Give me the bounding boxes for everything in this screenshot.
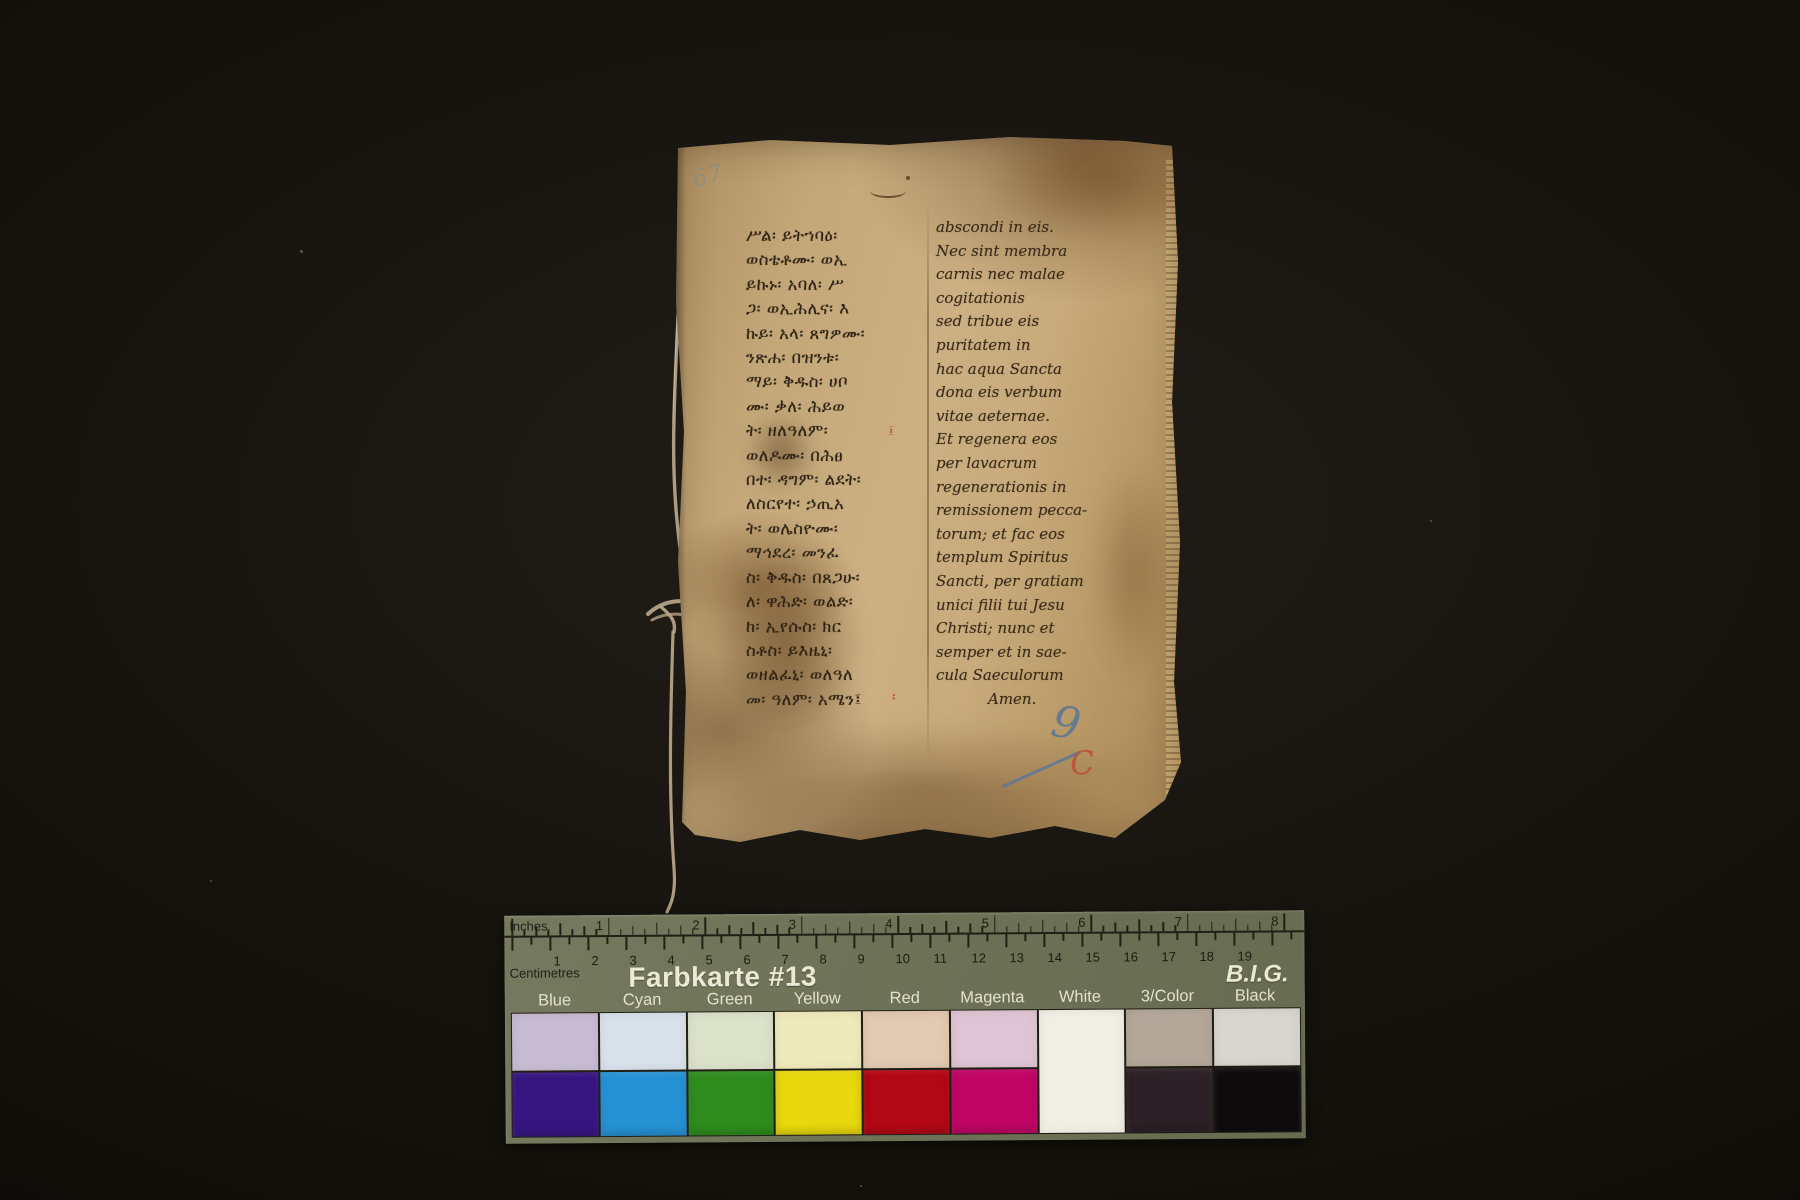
cm-tick [1271,931,1273,945]
swatch-green-solid [688,1071,774,1136]
latin-text-line: Sancti, per gratiam [936,570,1180,594]
parchment-stain [690,722,1160,852]
cm-tick [1005,933,1007,947]
cm-number: 18 [1199,949,1214,964]
cm-tick [1119,932,1121,946]
geez-text-line: ወለዶሙ፡ በሕፀ [746,444,932,468]
inch-tick [1163,922,1165,931]
latin-text-line: remissionem pecca- [936,499,1180,523]
cm-tick [568,936,570,944]
cm-tick [967,934,969,948]
latin-text-line: Et regenera eos [936,428,1180,452]
card-brand: B.I.G. [1226,960,1289,988]
inch-tick [584,926,586,935]
latin-text-line: unici filii tui Jesu [936,594,1180,618]
swatch-white-full [1039,1009,1126,1133]
swatch-blue-solid [512,1072,598,1137]
swatch-magenta-solid [951,1069,1037,1134]
cm-tick [910,934,912,942]
inch-tick [861,927,863,933]
cm-tick [834,934,836,942]
inch-tick [644,929,646,935]
geez-text-line: ወዘልፈኒ፡ ወለዓለ [746,663,932,687]
cm-tick [1252,932,1254,940]
cm-number: 10 [895,951,910,966]
pencil-folio-number: 67 [689,159,725,194]
swatch-cyan-solid [600,1072,686,1137]
geez-text-line: ይኩኑ፡ አባለ፡ ሥ [746,273,932,297]
inch-tick [608,918,610,935]
latin-text-line: Nec sint membra [936,240,1180,264]
red-quire-letter: C [1068,743,1096,783]
cm-number: 15 [1085,950,1100,965]
latin-column: abscondi in eis.Nec sint membracarnis ne… [936,216,1180,711]
inch-tick [1102,926,1104,932]
latin-text-line: hac aqua Sancta [936,358,1180,382]
cm-tick [530,937,532,945]
geez-text-line: ወስቴቶሙ፡ ወኢ [746,248,932,272]
inch-tick [837,927,839,933]
rubric-mark: ፡ [892,688,896,706]
dust-speck [860,1185,862,1187]
latin-text-line: puritatem in [936,334,1180,358]
cm-number: 12 [971,950,986,965]
swatch-yellow-tint [775,1011,861,1069]
inch-tick [1054,926,1056,932]
swatch-black-tint [1214,1008,1300,1066]
swatch-labels-row: BlueCyanGreenYellowRedMagentaWhite3/Colo… [511,986,1299,1011]
swatch-magenta-tint [951,1010,1037,1068]
inch-tick [668,929,670,935]
inch-tick [1235,919,1237,931]
geez-text-line: ት፡ ዘለዓለም፡ [746,419,932,443]
swatch-label-red: Red [861,989,949,1009]
geez-text-line: መ፡ ዓለም፡ አሜን፤ [746,688,932,712]
geez-text-line: ከ፡ ኢየሱስ፡ ክር [746,615,932,639]
inch-number: 8 [1271,913,1278,928]
cm-tick [1043,933,1045,947]
inch-tick [1090,915,1092,932]
latin-text-line: semper et in sae- [936,641,1180,665]
cm-tick [986,933,988,941]
inch-tick [1066,923,1068,932]
spine-shadow [660,132,686,862]
swatch-label-cyan: Cyan [598,991,686,1011]
inch-tick [994,915,996,932]
cm-tick [948,934,950,942]
inch-tick [728,925,730,934]
cm-tick [1214,932,1216,940]
inch-number: 2 [692,917,699,932]
inch-tick [933,927,935,933]
cm-tick [1157,932,1159,946]
dust-speck [210,880,212,882]
swatch-label-black: Black [1211,986,1299,1006]
swatch-3-color-tint [1126,1009,1212,1067]
inch-tick [849,921,851,933]
cm-tick [815,935,817,949]
inch-tick [813,928,815,934]
color-calibration-card: Inches Centimetres 123456781234567891011… [504,910,1306,1144]
cm-number: 1 [553,953,560,968]
inch-tick [547,929,549,935]
cm-tick [1081,933,1083,947]
swatch-green-tint [687,1012,773,1070]
inch-tick [740,928,742,934]
inch-tick [535,927,537,936]
cm-number: 17 [1161,949,1176,964]
cm-number: 9 [857,951,864,966]
photograph-stage: 67 ሥል፡ ይትኀባዕ፡ወስቴቶሙ፡ ወኢይኩኑ፡ አባለ፡ ሥጋ፡ ወኢሕሊ… [0,0,1800,1200]
latin-text-line: Christi; nunc et [936,617,1180,641]
latin-text-line: vitae aeternae. [936,405,1180,429]
latin-text-line: cogitationis [936,287,1180,311]
inch-tick [1247,925,1249,931]
inch-tick [1187,914,1189,931]
geez-text-line: ንጽሐ፡ በዝንቱ፡ [746,346,932,370]
dust-speck [1430,520,1432,522]
inch-number: 5 [982,915,989,930]
swatch-label-yellow: Yellow [773,989,861,1009]
geez-text-line: ስ፡ ቅዱስ፡ በጸጋሁ፡ [746,566,932,590]
inch-number: 3 [789,917,796,932]
cm-number: 16 [1123,949,1138,964]
swatch-label-white: White [1036,987,1124,1007]
cm-number: 14 [1047,950,1062,965]
inch-tick [560,923,562,935]
inch-tick [523,930,525,936]
inch-tick [897,916,899,933]
inch-tick [765,928,767,934]
swatch-label-3-color: 3/Color [1124,987,1212,1007]
cm-tick [1138,932,1140,940]
inch-tick [873,924,875,933]
geez-text-line: ስቶስ፡ ይእዜኒ፡ [746,639,932,663]
geez-text-line: ት፡ ወሌስዮሙ፡ [746,517,932,541]
latin-text-line: regenerationis in [936,476,1180,500]
swatch-red-tint [863,1011,949,1069]
centimetres-label: Centimetres [510,965,580,980]
inch-tick [1139,919,1141,931]
inch-number: 7 [1175,914,1182,929]
cm-tick [701,935,703,949]
inch-tick [1259,922,1261,931]
geez-text-line: ሙ፡ ቃለ፡ ሕይወ [746,395,932,419]
inch-tick [1126,925,1128,931]
cm-tick [796,935,798,943]
inch-tick [632,926,634,935]
cm-tick [1233,932,1235,946]
latin-text-line: sed tribue eis [936,310,1180,334]
cm-tick [1176,932,1178,940]
swatch-label-green: Green [686,990,774,1010]
inch-number: 1 [596,918,603,933]
inch-tick [1151,925,1153,931]
swatch-grid [511,1007,1302,1138]
inch-tick [1114,923,1116,932]
cm-tick [511,937,513,951]
cm-tick [587,936,589,950]
geez-text-line: ለስርየተ፡ ኃጢአ [746,492,932,516]
latin-text-line: abscondi in eis. [936,216,1180,240]
latin-text-line: per lavacrum [936,452,1180,476]
latin-text-line: templum Spiritus [936,546,1180,570]
inch-tick [970,924,972,933]
inch-tick [921,924,923,933]
inch-tick [656,923,658,935]
swatch-blue-tint [512,1013,598,1071]
geez-text-line: ማይ፡ ቅዱስ፡ ሀቦ [746,370,932,394]
latin-text-line: cula Saeculorum [936,664,1180,688]
cm-tick [739,935,741,949]
geez-text-line: ሥል፡ ይትኀባዕ፡ [746,224,932,248]
dust-speck [300,250,303,253]
cm-tick [1195,932,1197,946]
cm-tick [758,935,760,943]
geez-text-line: በተ፡ ዳግም፡ ልደት፡ [746,468,932,492]
cm-number: 2 [591,953,598,968]
inch-number: 6 [1078,915,1085,930]
rubric-mark: ፤ [888,422,894,440]
swatch-3-color-solid [1127,1068,1213,1133]
cm-number: 11 [933,951,947,966]
inch-tick [1018,923,1020,932]
inch-tick [572,929,574,935]
inch-tick [1283,913,1285,930]
inch-tick [704,917,706,934]
ruler-baseline [504,930,1304,937]
swatch-yellow-solid [776,1070,862,1135]
cm-tick [853,934,855,948]
swatch-label-magenta: Magenta [948,988,1036,1008]
swatch-black-solid [1215,1067,1301,1132]
cm-tick [1024,933,1026,941]
inch-tick [1042,920,1044,932]
cm-number: 13 [1009,950,1024,965]
inch-tick [825,925,827,934]
latin-text-line: torum; et fac eos [936,523,1180,547]
cm-tick [929,934,931,948]
geez-text-line: ኩይ፡ አላ፡ ጸግዎሙ፡ [746,322,932,346]
cm-tick [872,934,874,942]
cm-tick [644,936,646,944]
cm-tick [891,934,893,948]
inch-tick [680,926,682,935]
cm-tick [682,936,684,944]
cm-tick [720,935,722,943]
cm-tick [1100,933,1102,941]
cm-tick [625,936,627,950]
inch-tick [1030,926,1032,932]
inch-tick [777,925,779,934]
inch-tick [620,929,622,935]
cm-tick [606,936,608,944]
inch-tick [1006,926,1008,932]
manuscript-page: 67 ሥል፡ ይትኀባዕ፡ወስቴቶሙ፡ ወኢይኩኑ፡ አባለ፡ ሥጋ፡ ወኢሕሊ… [660,132,1200,862]
latin-text-line: carnis nec malae [936,263,1180,287]
swatch-red-solid [863,1070,949,1135]
inch-tick [511,919,513,936]
swatch-cyan-tint [600,1013,686,1071]
geez-text-line: ማኅደረ፡ መንፈ [746,541,932,565]
geez-text-line: ለ፡ ዋሕድ፡ ወልድ፡ [746,590,932,614]
head-ink-mark [870,184,906,198]
inch-tick [753,922,755,934]
inch-tick [1199,925,1201,931]
cm-tick [1290,931,1292,939]
inch-tick [1223,925,1225,931]
inch-tick [909,927,911,933]
geez-column: ሥል፡ ይትኀባዕ፡ወስቴቶሙ፡ ወኢይኩኑ፡ አባለ፡ ሥጋ፡ ወኢሕሊና፡ … [746,224,932,712]
geez-text-line: ጋ፡ ወኢሕሊና፡ እ [746,297,932,321]
inch-tick [946,921,948,933]
inch-tick [716,928,718,934]
inch-tick [958,927,960,933]
inch-number: 4 [885,916,892,931]
inches-label: Inches [509,918,547,933]
latin-text-line: dona eis verbum [936,381,1180,405]
cm-tick [1062,933,1064,941]
inch-tick [1211,922,1213,931]
cm-tick [663,936,665,950]
swatch-label-blue: Blue [511,991,599,1011]
inch-tick [801,917,803,934]
cm-tick [777,935,779,949]
cm-tick [549,936,551,950]
